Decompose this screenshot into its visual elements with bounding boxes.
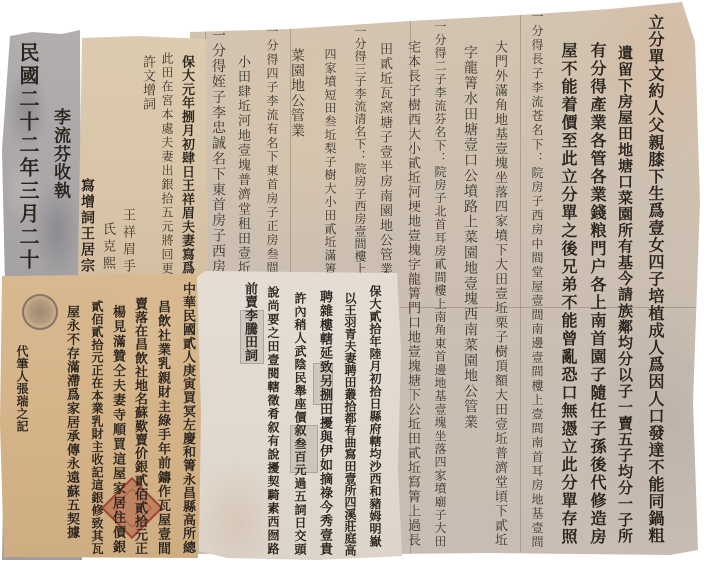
land-contract-paper: 保大貳拾年陸月初拾日縣府轄均沙西和豬姆明嶽 以王羽青夫妻聘田叢拾都有曲寫田壹所四… [197,271,402,561]
note-text-column: 王祥眉手 [121,208,134,276]
deed-text-column: 屋不能着價至此立分單之後兄弟不能曾亂恐口無憑立此分單存照 [560,42,576,546]
document-photo: 立分單文約人父親膝下生爲壹女四子培植成人爲因人口發達不能同鍋粗 遺留下房屋田地塘… [0,0,704,567]
receipt-text-column: 中華民國貳人庚寅買冥左慶和箐永昌縣高所總 [181,282,194,554]
note-text-column: 此田在宮本處夫妻出銀拾五元將回更 [161,52,173,276]
note-text-column: 氏克熙 [101,222,114,273]
receipt-text-column: 屋永不存滿滯爲家居承傳永遠蘇五契據 [65,305,78,540]
deed-text-column: 一分得長子李流苍名下：院房子西房中間堂屋壹間南邊壹間樓上壹間南首耳房地基壹間 [531,10,543,550]
receipt-text-column: 賣落在昌飲社地名蘇歎賣价銀貳佰貳拾元正 [133,297,146,555]
note-text-column: 寫增詞王居宗 [80,178,94,274]
deed-text-column: 一分得三子李流清名下：院房子西房壹間樓上 [354,25,366,275]
note-text-column: 許文增詞 [141,55,154,111]
note-paper: 保大元年捌月初肆日王祥眉夫妻寫爲 此田在宮本處夫妻出銀拾五元將回更 許文增詞 王… [78,36,208,276]
scribe-signature: 代筆人張瑞之記 [16,345,28,433]
contract-text-column: 保大貳拾年陸月初拾日縣府轄均沙西和豬姆明嶽 [369,285,381,548]
deed-text-column: 四家墳短田叁坵梨子樹大小田貳坵滿箐 [324,48,336,276]
deed-text-column: 一分得二子李流芬名下：院房子北首耳房貳間樓上南角東首邊地基壹塊坐落四家墳廟子大田 [434,20,446,548]
contract-text-column: 聘雜樓轄延致另捌田擾與伊如摘祿今秀壹貴 [318,290,331,556]
date-text-column: 民國二十二年三月二十 [18,42,38,272]
deed-text-column: 一分得四子李流有名下東首房子正房叁間 [266,25,278,275]
deed-text-column: 遺留下房屋田地塘口菜園所有基今請族鄰均分以子一賣五子均分一子所 [617,45,632,544]
receipt-text-column: 昌飲社業乳親財主綠手年前鑄作瓦屋壹間 [156,300,169,556]
paper-seam [520,12,521,552]
deed-text-column: 字龍箐水田塘壹口公墳路上菜園地壹塊西南菜園地公管業 [463,45,477,430]
receipt-text-column: 楊見滿贊仝夫妻寺順買這屋家居住價銀 [111,305,124,555]
deed-text-column: 一分得姪子李忠誠名下東首房子西房 [211,28,225,274]
note-text-column: 保大元年捌月初肆日王祥眉夫妻寫爲 [180,55,193,275]
contract-text-column: 前賣李騰田詞 [243,282,256,362]
sale-receipt-paper: 中華民國貳人庚寅買冥左慶和箐永昌縣高所總 昌飲社業乳親財主綠手年前鑄作瓦屋壹間 … [0,274,202,559]
deed-text-column: 大門外滿角地基壹塊坐落四家墳下大田壹坵栗子樹頂額大田壹坵普濟堂頃下貳坵 [493,40,506,548]
receipt-text-column: 貳佰貳拾元正在本業乳財主收記這銀修致其瓦 [91,300,103,555]
contract-text-column: 說尚要之田壹閱轄徵肴叙有說擾契騎素西囫路 [267,286,279,556]
deed-text-column: 立分單文約人父親膝下生爲壹女四子培植成人爲因人口發達不能同鍋粗 [647,14,663,544]
deed-text-column: 宅本長子樹西大小貳坵河埂地壹塊字龍箐門口地壹塊塘下公坵田貳坵寫箐上過長 [406,40,419,548]
holder-text-column: 李流芬收執 [51,108,68,200]
contract-text-column: 許內稍人武陰民舉座價叙叁百元過五詞日交頭 [294,292,306,556]
deed-text-column: 田貳坵瓦窯塘子壹半房南園地公管業 [378,42,391,277]
deed-text-column: 菜園地公管業 [290,48,304,138]
round-seal-stamp [22,294,58,330]
contract-text-column: 以王羽青夫妻聘田叢拾都有曲寫田壹所四溪莊庭高 [344,292,356,556]
deed-text-column: 小田肆坵河地壹塊普濟堂租田壹坵 [236,55,249,276]
deed-text-column: 有分得產業各管各業錢粮門户各上南首園子隨任子孫後代修造房 [589,42,605,546]
